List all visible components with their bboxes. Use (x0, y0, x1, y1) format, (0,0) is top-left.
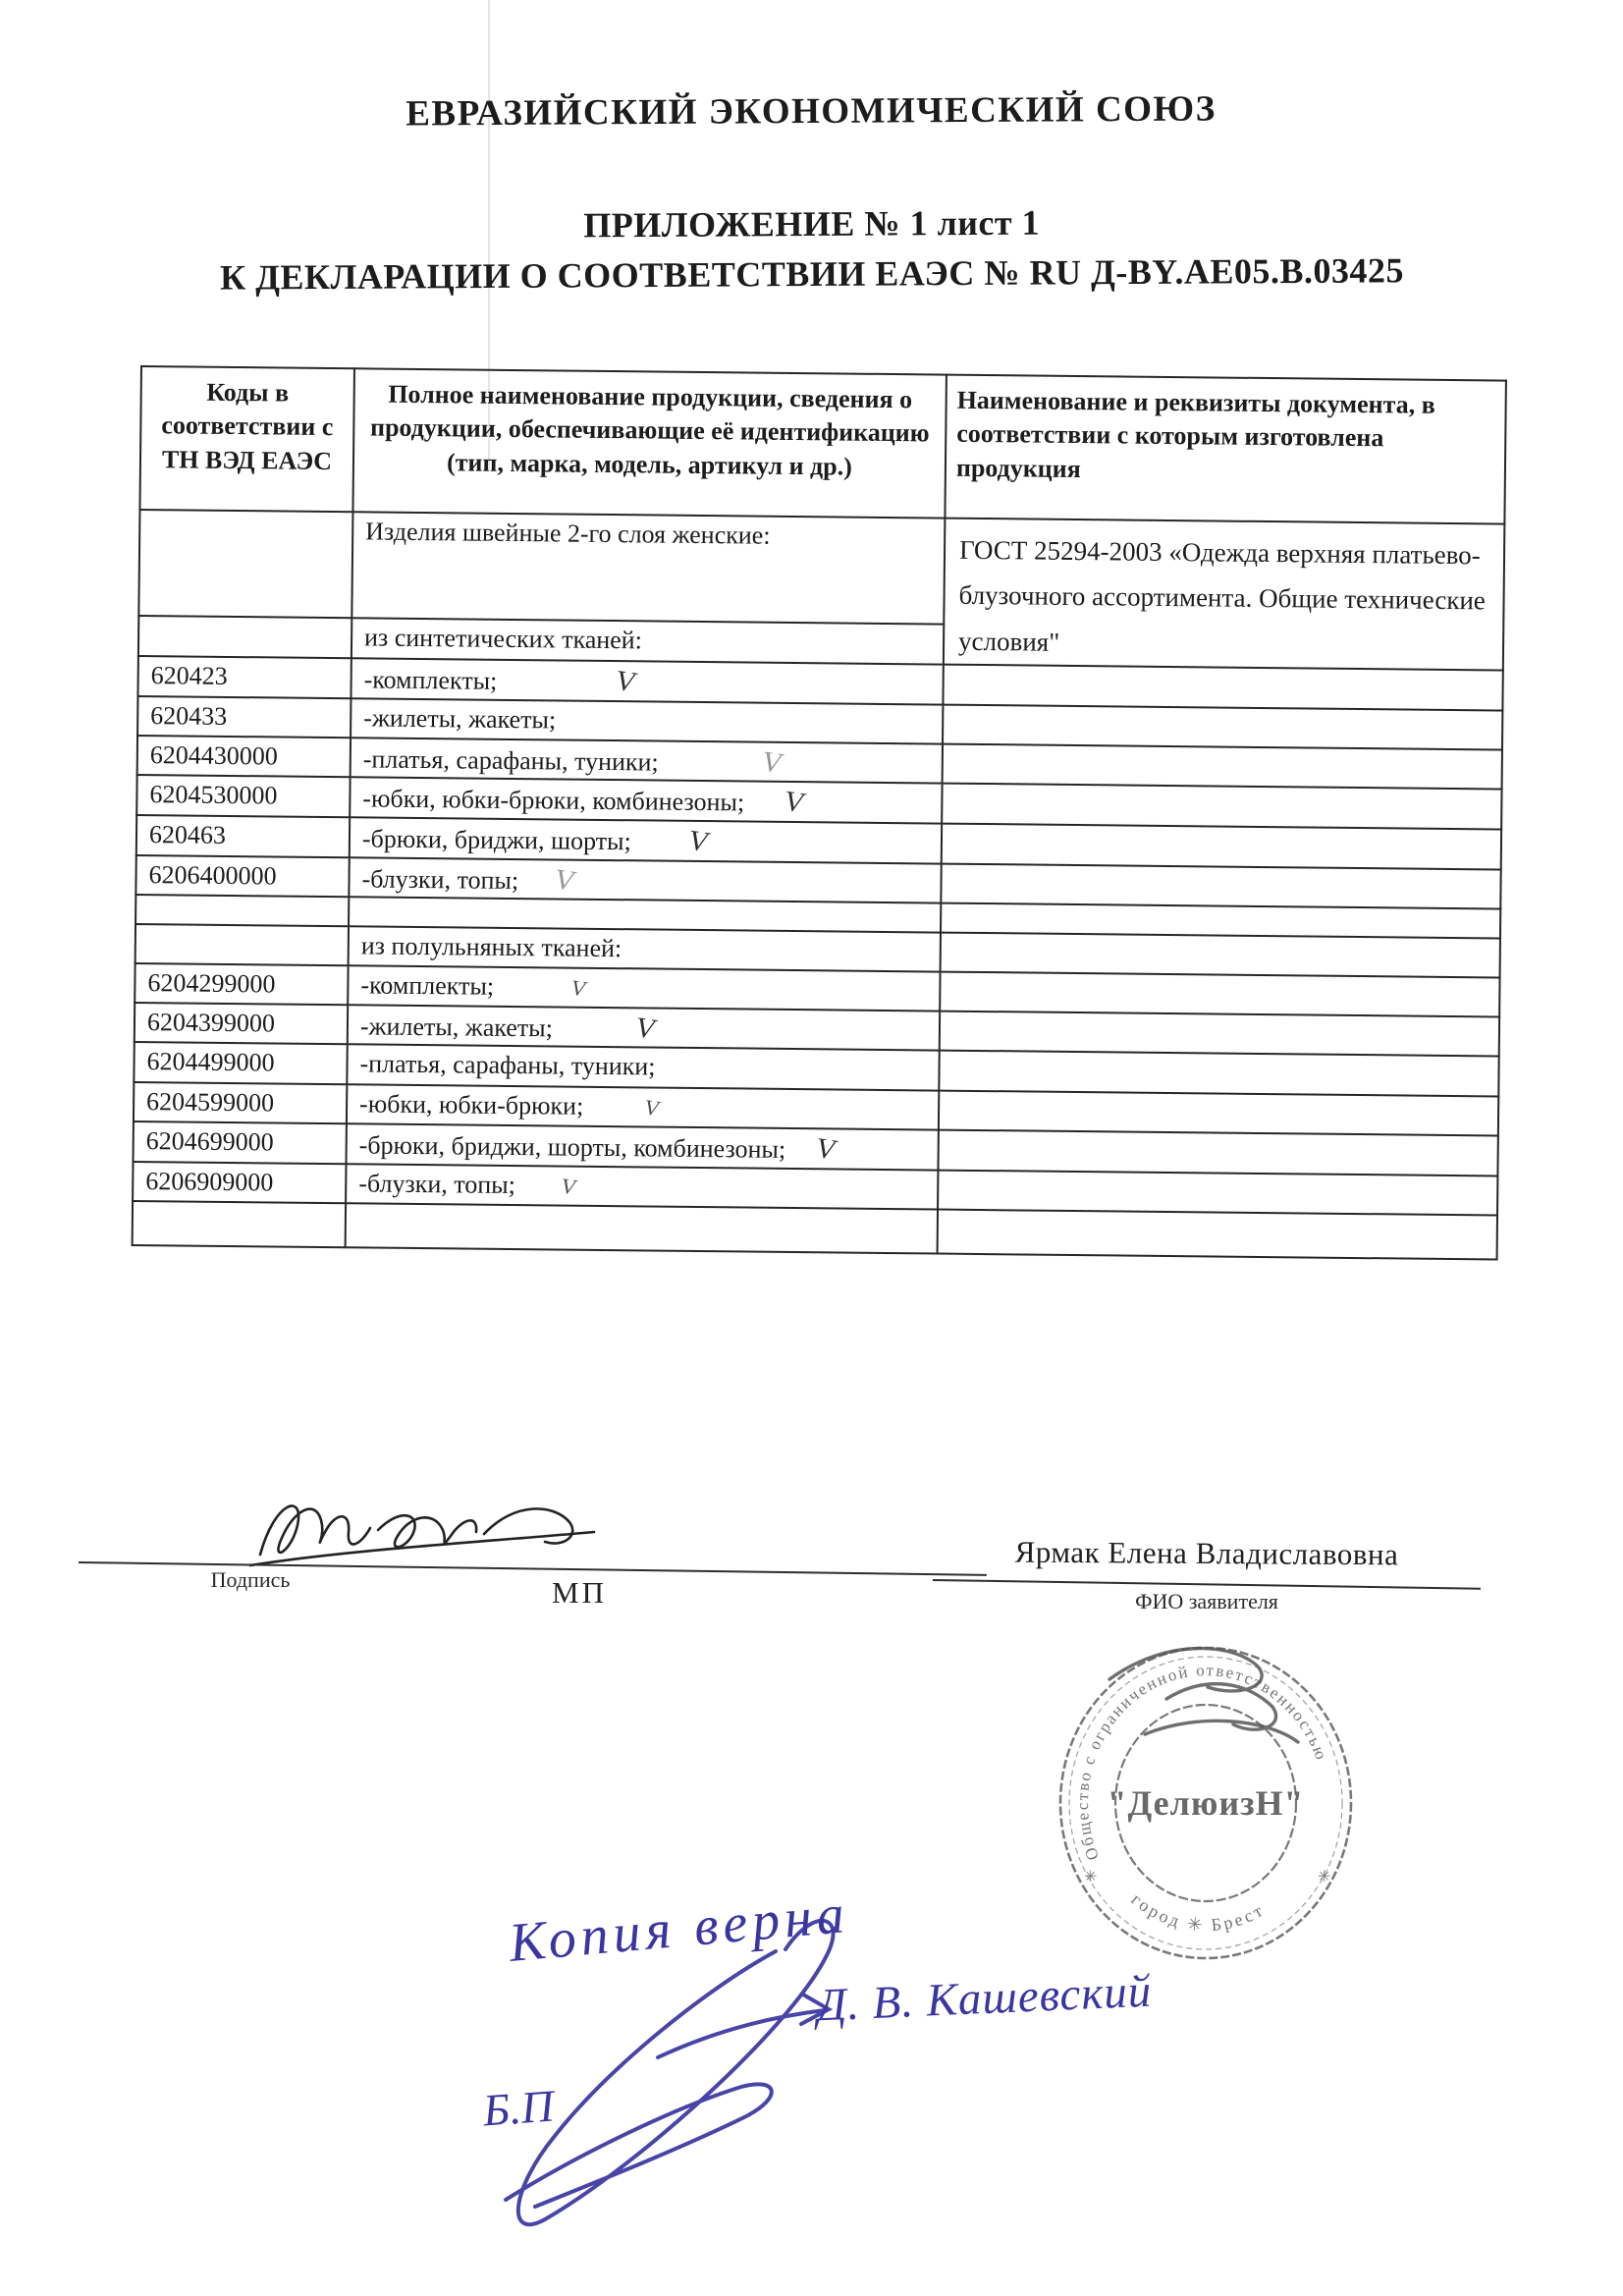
cell-document-empty (942, 824, 1501, 870)
cell-document-empty (938, 1129, 1497, 1175)
cell-product-name: -блузки, топы;V (346, 1164, 938, 1209)
stamp-place-label: МП (552, 1575, 607, 1611)
cell-tnved-code: 6204299000 (135, 963, 348, 1005)
cell-product-name: -юбки, юбки-брюки;V (347, 1084, 939, 1129)
cell-tnved-code (138, 510, 352, 619)
cell-product-name: -брюки, бриджи, шорты;V (350, 818, 942, 864)
cell-product-name: -жилеты, жакеты;V (348, 1005, 940, 1050)
cell-document-empty (939, 1050, 1498, 1096)
cell-tnved-code: 6204699000 (134, 1121, 347, 1164)
cell-product-name: из полульняных тканей: (349, 926, 941, 971)
cell-product-name: из синтетических тканей: (352, 619, 944, 665)
product-label: -комплекты; (360, 970, 494, 1000)
cell-product-name: -жилеты, жакеты; (351, 699, 943, 744)
stamp-city: город ✳ Брест (1127, 1889, 1268, 1936)
cell-tnved-code: 6204599000 (134, 1082, 347, 1123)
cell-document-empty (938, 1170, 1497, 1215)
handwritten-checkmark: V (641, 1094, 663, 1121)
product-label: Изделия швейные 2-го слоя женские: (365, 517, 771, 549)
declaration-number-title: К ДЕКЛАРАЦИИ О СООТВЕТСТВИИ ЕАЭС № RU Д-… (0, 248, 1623, 300)
cell-tnved-code: 6204499000 (134, 1042, 347, 1084)
product-label: -брюки, бриджи, шорты, комбинезоны; (359, 1130, 786, 1164)
handwritten-checkmark: V (811, 1132, 839, 1167)
cell-tnved-code: 620423 (137, 656, 351, 698)
handwritten-checkmark: V (568, 975, 589, 1002)
table-header-row: Коды в соответствии с ТН ВЭД ЕАЭС Полное… (139, 366, 1505, 524)
cell-document-empty (943, 705, 1502, 750)
cell-document-empty (943, 665, 1502, 711)
product-label: -жилеты, жакеты; (360, 1011, 553, 1042)
header-product-name: Полное наименование продукции, сведения … (352, 368, 946, 518)
cell-document-empty (940, 1011, 1499, 1056)
signature-caption: Подпись (187, 1567, 314, 1593)
cell-product-name: Изделия швейные 2-го слоя женские: (352, 512, 945, 625)
cell-document-empty (940, 971, 1499, 1016)
product-label: -брюки, бриджи, шорты; (362, 825, 631, 856)
cell-product-name: -блузки, топы;V (349, 858, 941, 903)
handwritten-checkmark: V (780, 786, 808, 820)
appendix-title: ПРИЛОЖЕНИЕ № 1 лист 1 (0, 198, 1623, 249)
product-label: -блузки, топы; (358, 1169, 515, 1199)
cell-tnved-code: 6204399000 (135, 1003, 348, 1044)
product-label: -юбки, юбки-брюки, комбинезоны; (362, 785, 744, 817)
cell-product-name: -брюки, бриджи, шорты, комбинезоны;V (346, 1123, 938, 1170)
header-codes: Коды в соответствии с ТН ВЭД ЕАЭС (139, 366, 354, 512)
applicant-name: Ярмак Елена Владиславовна (933, 1534, 1481, 1573)
handwritten-checkmark: V (550, 864, 578, 899)
stamp-star-right: ✳ (1318, 1869, 1330, 1886)
handwritten-checkmark: V (558, 1174, 579, 1200)
cell-document-empty (942, 784, 1501, 830)
cell-product-name: -юбки, юбки-брюки, комбинезоны;V (350, 778, 942, 824)
product-label: -платья, сарафаны, туники; (363, 745, 659, 777)
cell-tnved-code: 6206400000 (135, 855, 349, 897)
cell-tnved-code (138, 616, 352, 658)
scanned-declaration-page: ЕВРАЗИЙСКИЙ ЭКОНОМИЧЕСКИЙ СОЮЗ ПРИЛОЖЕНИ… (0, 0, 1623, 2296)
cell-tnved-code: 6204430000 (137, 736, 351, 777)
cell-product-name (346, 1203, 938, 1253)
product-label: из полульняных тканей: (361, 931, 622, 962)
stamp-company-name: "ДелюизН" (1107, 1783, 1304, 1823)
cell-tnved-code: 6206909000 (133, 1162, 346, 1203)
title-block: ЕВРАЗИЙСКИЙ ЭКОНОМИЧЕСКИЙ СОЮЗ ПРИЛОЖЕНИ… (0, 85, 1623, 300)
stamp-star-left: ✳ (1084, 1869, 1097, 1886)
product-label: -жилеты, жакеты; (363, 704, 556, 735)
header-document: Наименование и реквизиты документа, в со… (945, 375, 1505, 524)
cell-gost-document: ГОСТ 25294-2003 «Одежда верхняя платьево… (944, 519, 1505, 671)
product-label: -юбки, юбки-брюки; (359, 1089, 583, 1120)
cell-document-empty (939, 1090, 1498, 1135)
cell-product-name: -платья, сарафаны, туники; (347, 1044, 939, 1090)
company-round-stamp: Общество с ограниченной ответственностью… (1051, 1636, 1365, 1970)
cell-document-empty (943, 744, 1502, 790)
product-label: из синтетических тканей: (364, 624, 642, 655)
cell-document-empty (941, 864, 1500, 908)
handwritten-checkmark: V (684, 825, 713, 859)
table-header: Коды в соответствии с ТН ВЭД ЕАЭС Полное… (139, 366, 1505, 524)
product-label: -платья, сарафаны, туники; (359, 1049, 655, 1080)
product-label: -блузки, топы; (361, 865, 518, 896)
cell-tnved-code: 620433 (137, 696, 351, 738)
cell-document-empty (941, 932, 1500, 977)
applicant-caption: ФИО заявителя (933, 1589, 1481, 1614)
cell-tnved-code: 620463 (136, 815, 350, 857)
handwritten-checkmark: V (631, 1011, 660, 1046)
table-row: Изделия швейные 2-го слоя женские:ГОСТ 2… (138, 510, 1504, 630)
cell-document-empty (938, 1209, 1497, 1259)
stamp-bottom-text: город ✳ Брест (1127, 1889, 1268, 1936)
cell-product-name: -платья, сарафаны, туники;V (351, 738, 943, 784)
product-table-body: Изделия швейные 2-го слоя женские:ГОСТ 2… (133, 510, 1505, 1259)
cell-product-name: -комплекты;V (348, 965, 940, 1011)
handwritten-checkmark: V (758, 746, 786, 781)
cell-tnved-code (133, 1201, 346, 1247)
union-title: ЕВРАЗИЙСКИЙ ЭКОНОМИЧЕСКИЙ СОЮЗ (0, 85, 1623, 137)
product-label: -комплекты; (364, 666, 498, 695)
cell-tnved-code (135, 895, 349, 926)
product-codes-table: Коды в соответствии с ТН ВЭД ЕАЭС Полное… (132, 365, 1507, 1260)
cell-product-name: -комплекты;V (351, 659, 943, 705)
certifier-signature-flourish (412, 1890, 913, 2283)
cell-tnved-code: 6204530000 (136, 775, 350, 817)
handwritten-checkmark: V (611, 666, 639, 700)
cell-tnved-code (135, 924, 349, 965)
